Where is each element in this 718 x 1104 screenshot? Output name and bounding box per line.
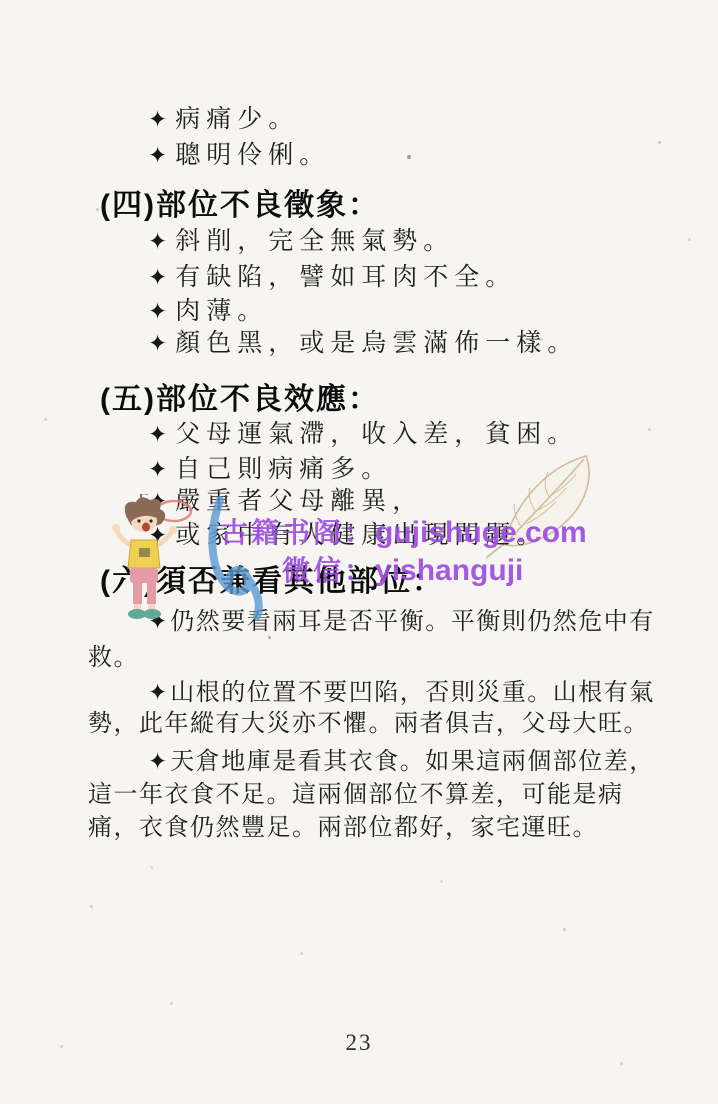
watermark-site-label: 古籍书阁： — [220, 517, 375, 548]
diamond-bullet-icon: ✦ — [148, 749, 167, 774]
watermark-wechat-label: 微信： — [282, 555, 375, 586]
paragraph-line: 救。 — [88, 637, 139, 672]
diamond-bullet-icon: ✦ — [148, 422, 167, 447]
list-item-text: 病痛少。 — [175, 106, 299, 133]
watermark-wechat: 微信：yishanguji — [282, 549, 523, 589]
paragraph-text: 天倉地庫是看其衣食。如果這兩個部位差， — [170, 749, 655, 775]
list-item: ✦聰明伶俐。 — [148, 135, 330, 171]
list-item: ✦父母運氣滯，收入差，貧困。 — [148, 414, 578, 450]
mascot-boy-icon — [103, 494, 195, 629]
diamond-bullet-icon: ✦ — [148, 680, 167, 705]
list-item-text: 有缺陷，譬如耳肉不全。 — [175, 264, 516, 291]
diamond-bullet-icon: ✦ — [148, 299, 167, 324]
diamond-bullet-icon: ✦ — [148, 229, 167, 254]
list-item: ✦顏色黑，或是烏雲滿佈一樣。 — [148, 323, 578, 359]
section-heading-5: (五)部位不良效應： — [100, 374, 380, 418]
list-item-text: 聰明伶俐。 — [175, 142, 330, 169]
list-item-text: 斜削，完全無氣勢。 — [175, 228, 454, 255]
watermark-site: 古籍书阁：gujishuge.com — [220, 511, 587, 551]
list-item: ✦病痛少。 — [148, 99, 299, 135]
list-item: ✦斜削，完全無氣勢。 — [148, 221, 454, 257]
paragraph-line: ✦山根的位置不要凹陷，否則災重。山根有氣 — [148, 672, 655, 707]
page-number: 23 — [0, 1030, 718, 1056]
watermark-wechat-id: yishanguji — [375, 554, 523, 587]
list-item-text: 肉薄。 — [175, 298, 268, 325]
list-item-text: 父母運氣滯，收入差，貧困。 — [175, 421, 578, 448]
diamond-bullet-icon: ✦ — [148, 265, 167, 290]
diamond-bullet-icon: ✦ — [148, 143, 167, 168]
paragraph-line: ✦天倉地庫是看其衣食。如果這兩個部位差， — [148, 741, 655, 776]
diamond-bullet-icon: ✦ — [148, 107, 167, 132]
diamond-bullet-icon: ✦ — [148, 457, 167, 482]
list-item-text: 顏色黑，或是烏雲滿佈一樣。 — [175, 330, 578, 357]
paragraph-line: 勢，此年縱有大災亦不懼。兩者俱吉，父母大旺。 — [88, 703, 649, 738]
list-item: ✦肉薄。 — [148, 291, 268, 327]
list-item: ✦有缺陷，譬如耳肉不全。 — [148, 257, 516, 293]
section-heading-4: (四)部位不良徵象： — [100, 180, 380, 224]
list-item: ✦自己則病痛多。 — [148, 449, 392, 485]
watermark-site-url: gujishuge.com — [375, 516, 587, 549]
list-item-text: 自己則病痛多。 — [175, 456, 392, 483]
paragraph-line: 這一年衣食不足。這兩個部位不算差，可能是病 — [88, 774, 624, 809]
paragraph-line: 痛，衣食仍然豐足。兩部位都好，家宅運旺。 — [88, 807, 598, 842]
diamond-bullet-icon: ✦ — [148, 331, 167, 356]
book-page: ✦病痛少。 ✦聰明伶俐。 (四)部位不良徵象： ✦斜削，完全無氣勢。 ✦有缺陷，… — [0, 0, 718, 1104]
